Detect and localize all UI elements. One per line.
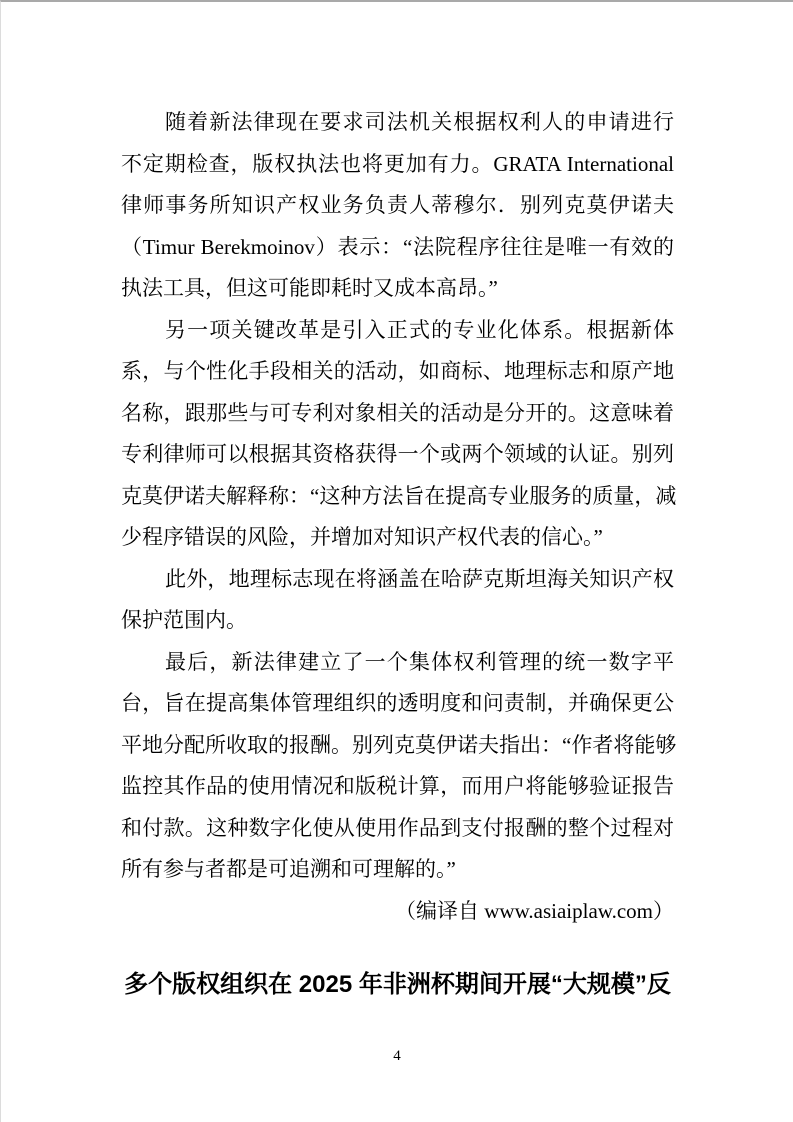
document-body: 随着新法律现在要求司法机关根据权利人的申请进行不定期检查，版权执法也将更加有力。… [121,102,674,891]
text-line: （Timur Berekmoinov）表示：“法院程序往往是唯一有效的 [121,227,674,269]
text-line: 另一项关键改革是引入正式的专业化体系。根据新体 [121,310,674,352]
text-line: 系，与个性化手段相关的活动，如商标、地理标志和原产地 [121,351,674,393]
text-line: 随着新法律现在要求司法机关根据权利人的申请进行 [121,102,674,144]
text-line: 专利律师可以根据其资格获得一个或两个领域的认证。别列 [121,434,674,476]
section-heading: 多个版权组织在 2025 年非洲杯期间开展“大规模”反 [61,965,734,1005]
text-line: 执法工具，但这可能即耗时又成本高昂。” [121,268,674,310]
text-line: 监控其作品的使用情况和版税计算，而用户将能够验证报告 [121,766,674,808]
text-line: 台，旨在提高集体管理组织的透明度和问责制，并确保更公 [121,683,674,725]
text-line: 保护范围内。 [121,600,674,642]
text-line: 克莫伊诺夫解释称：“这种方法旨在提高专业服务的质量，减 [121,476,674,518]
text-line: 不定期检查，版权执法也将更加有力。GRATA International [121,144,674,186]
text-line: 最后，新法律建立了一个集体权利管理的统一数字平 [121,642,674,684]
page-number: 4 [1,1047,793,1065]
text-line: 名称，跟那些与可专利对象相关的活动是分开的。这意味着 [121,393,674,435]
document-page: 随着新法律现在要求司法机关根据权利人的申请进行不定期检查，版权执法也将更加有力。… [0,0,793,1122]
text-line: 平地分配所收取的报酬。别列克莫伊诺夫指出：“作者将能够 [121,725,674,767]
text-line: 和付款。这种数字化使从使用作品到支付报酬的整个过程对 [121,808,674,850]
text-line: 此外，地理标志现在将涵盖在哈萨克斯坦海关知识产权 [121,559,674,601]
attribution-container: （编译自 www.asiaiplaw.com） [121,891,674,933]
text-line: 律师事务所知识产权业务负责人蒂穆尔．别列克莫伊诺夫 [121,185,674,227]
text-line: 所有参与者都是可追溯和可理解的。” [121,849,674,891]
text-line: 少程序错误的风险，并增加对知识产权代表的信心。” [121,517,674,559]
attribution-line: （编译自 www.asiaiplaw.com） [121,891,674,933]
